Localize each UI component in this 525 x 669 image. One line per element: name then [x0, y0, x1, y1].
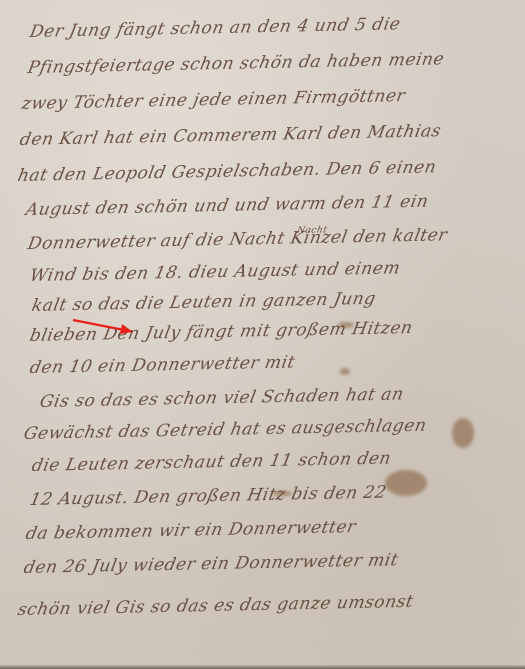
ink-stain: [340, 368, 350, 375]
manuscript-line-8: Wind bis den 18. dieu August und einem: [28, 258, 402, 286]
manuscript-line-2: Pfingstfeiertage schon schön da haben me…: [26, 49, 446, 78]
ink-stain: [338, 322, 354, 328]
manuscript-line-16: da bekommen wir ein Donnerwetter: [24, 517, 358, 544]
manuscript-line-4: den Karl hat ein Commerem Karl den Mathi…: [18, 121, 443, 150]
manuscript-line-5: hat den Leopold Gespielschaben. Den 6 ei…: [16, 157, 438, 186]
manuscript-line-11: den 10 ein Donnerwetter mit: [28, 352, 297, 378]
manuscript-line-15: 12 August. Den großen Hitz bis den 22: [28, 483, 388, 510]
red-arrow-icon: [72, 318, 134, 334]
manuscript-line-13: Gewächst das Getreid hat es ausgeschlage…: [22, 416, 428, 444]
manuscript-page: Der Jung fängt schon an den 4 und 5 die …: [0, 0, 525, 669]
manuscript-line-9: kalt so das die Leuten in ganzen Jung: [30, 289, 377, 316]
manuscript-line-6: August den schön und und warm den 11 ein: [24, 192, 430, 220]
manuscript-line-1: Der Jung fängt schon an den 4 und 5 die: [28, 14, 402, 42]
ink-stain: [272, 491, 292, 496]
ink-stain: [385, 470, 427, 496]
manuscript-line-7: Donnerwetter auf die Nacht Kinzel den ka…: [26, 225, 449, 254]
manuscript-line-17: den 26 July wieder ein Donnerwetter mit: [22, 550, 400, 578]
manuscript-line-14: die Leuten zerschaut den 11 schon den: [30, 449, 393, 476]
manuscript-line-3: zwey Töchter eine jede einen Firmgöttner: [20, 86, 407, 114]
manuscript-line-12: Gis so das es schon viel Schaden hat an: [38, 384, 405, 412]
marginal-note: Nacht: [296, 225, 328, 236]
page-bottom-edge: [0, 665, 525, 669]
ink-stain: [452, 418, 474, 448]
manuscript-line-18: schön viel Gis so das es das ganze umson…: [16, 592, 415, 620]
